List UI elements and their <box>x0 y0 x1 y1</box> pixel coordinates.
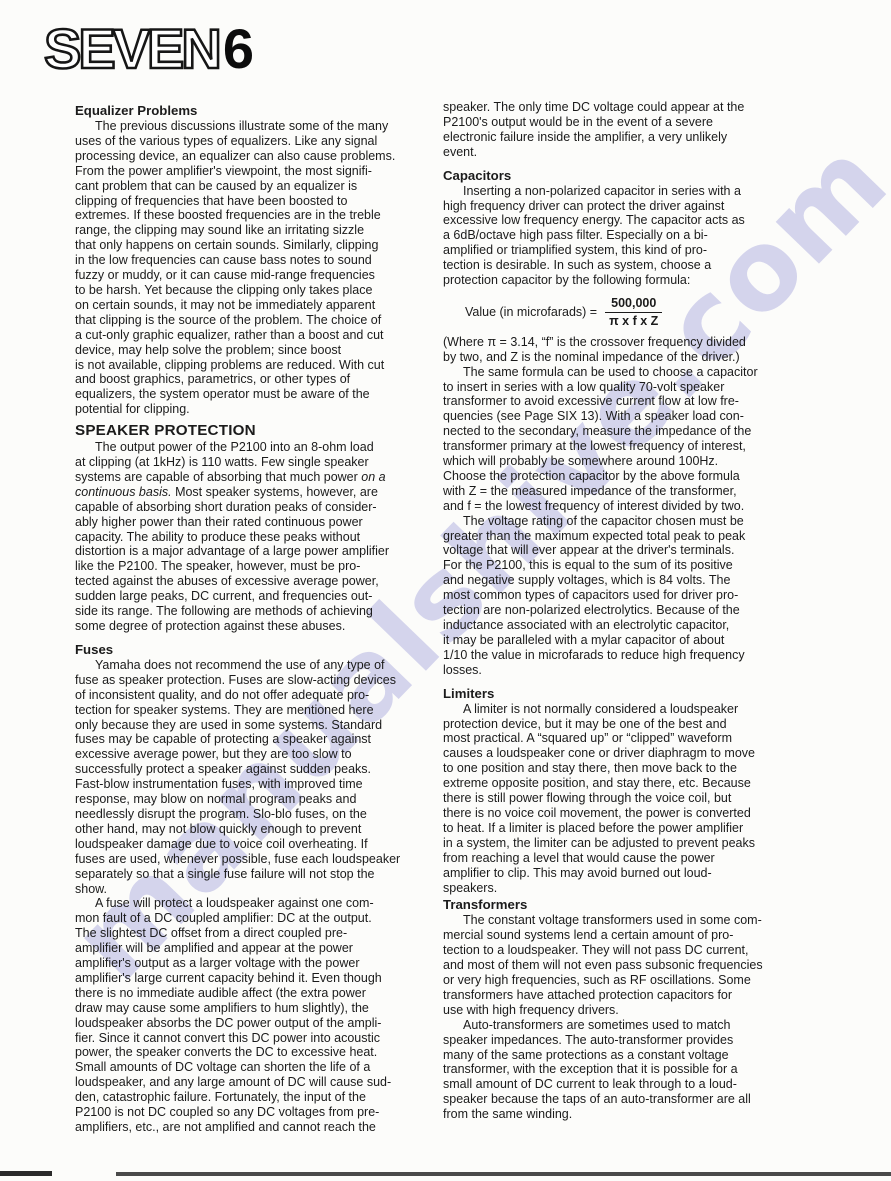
paragraph-formula-note: (Where π = 3.14, “f” is the crossover fr… <box>443 335 821 365</box>
paragraph-capacitors-1: Inserting a non-polarized capacitor in s… <box>443 184 821 288</box>
paragraph-transformers-2: Auto-transformers are sometimes used to … <box>443 1018 821 1122</box>
heading-limiters: Limiters <box>443 686 821 701</box>
formula-fraction: 500,000 π x f x Z <box>605 296 662 329</box>
paragraph-speaker-protection: The output power of the P2100 into an 8-… <box>75 440 453 634</box>
manual-page: manualshive.com SEVEN6 Equalizer Problem… <box>0 0 891 1181</box>
page-number: 6 <box>223 17 251 80</box>
speaker-protection-text-c: Most speaker systems, however, are capab… <box>75 485 389 633</box>
scan-artifact-bar-left <box>0 1171 52 1176</box>
formula-numerator: 500,000 <box>605 296 662 313</box>
heading-fuses: Fuses <box>75 642 453 657</box>
paragraph-capacitors-2: The same formula can be used to choose a… <box>443 365 821 514</box>
paragraph-fuses-1: Yamaha does not recommend the use of any… <box>75 658 453 897</box>
heading-capacitors: Capacitors <box>443 168 821 183</box>
left-column: Equalizer Problems The previous discussi… <box>75 103 453 1135</box>
paragraph-fuses-2: A fuse will protect a loudspeaker agains… <box>75 896 453 1135</box>
formula-denominator: π x f x Z <box>609 313 658 329</box>
paragraph-transformers-1: The constant voltage transformers used i… <box>443 913 821 1017</box>
page-header: SEVEN6 <box>44 16 251 81</box>
heading-equalizer-problems: Equalizer Problems <box>75 103 453 118</box>
formula-label: Value (in microfarads) = <box>465 305 597 320</box>
heading-transformers: Transformers <box>443 897 821 912</box>
paragraph-equalizer-problems: The previous discussions illustrate some… <box>75 119 453 417</box>
paragraph-limiters: A limiter is not normally considered a l… <box>443 702 821 896</box>
speaker-protection-text-a: The output power of the P2100 into an 8-… <box>75 440 374 484</box>
capacitor-formula: Value (in microfarads) = 500,000 π x f x… <box>465 296 821 329</box>
paragraph-continuation: speaker. The only time DC voltage could … <box>443 100 821 160</box>
heading-speaker-protection: SPEAKER PROTECTION <box>75 422 453 439</box>
scan-artifact-bar-main <box>116 1172 891 1176</box>
paragraph-capacitors-3: The voltage rating of the capacitor chos… <box>443 514 821 678</box>
page-title-outline: SEVEN <box>44 17 219 80</box>
right-column: speaker. The only time DC voltage could … <box>443 100 821 1122</box>
